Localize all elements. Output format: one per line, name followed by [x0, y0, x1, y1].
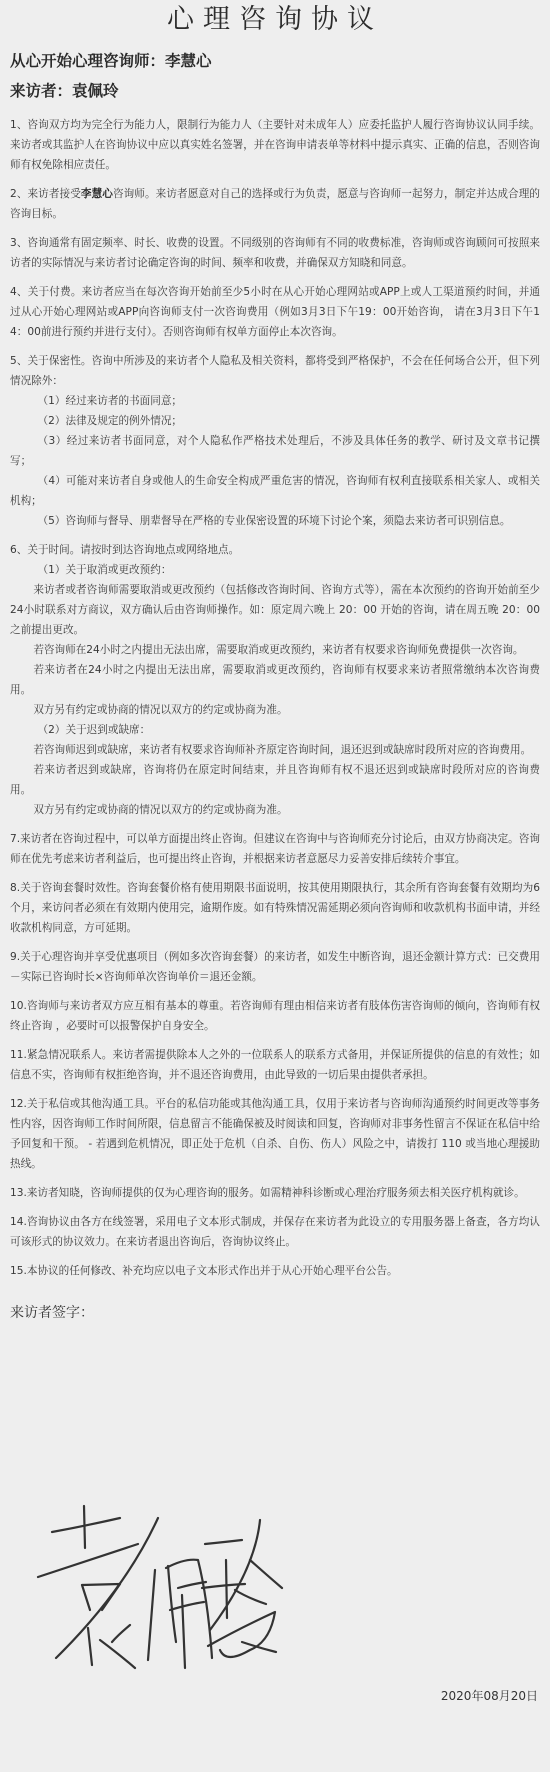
clause-11: 11.紧急情况联系人。来访者需提供除本人之外的一位联系人的联系方式备用，并保证所… [10, 1045, 540, 1085]
counselor-line: 从心开始心理咨询师：李慧心 [10, 51, 540, 71]
clause-list: 1、咨询双方均为完全行为能力人，限制行为能力人（主要针对未成年人）应委托监护人履… [10, 115, 540, 1281]
clause-6-sub1-para: 若来访者在24小时之内提出无法出席，需要取消或更改预约，咨询师有权要求来访者照常… [10, 660, 540, 700]
clause-5-item: （4）可能对来访者自身或他人的生命安全构成严重危害的情况，咨询师有权利直接联系相… [10, 471, 540, 511]
clause-7: 7.来访者在咨询过程中，可以单方面提出终止咨询。但建议在咨询中与咨询师充分讨论后… [10, 829, 540, 869]
clause-6-intro: 6、关于时间。请按时到达咨询地点或网络地点。 [10, 540, 540, 560]
clause-6: 6、关于时间。请按时到达咨询地点或网络地点。 （1）关于取消或更改预约： 来访者… [10, 540, 540, 820]
clause-2: 2、来访者接受李慧心咨询师。来访者愿意对自己的选择或行为负责，愿意与咨询师一起努… [10, 184, 540, 224]
clause-4: 4、关于付费。来访者应当在每次咨询开始前至少5小时在从心开始心理网站或APP上或… [10, 282, 540, 342]
page-title: 心理咨询协议 [10, 0, 540, 42]
client-line: 来访者：袁佩玲 [10, 81, 540, 101]
clause-6-sub1-para: 若咨询师在24小时之内提出无法出席，需要取消或更改预约，来访者有权要求咨询师免费… [10, 640, 540, 660]
clause-6-sub1-title: （1）关于取消或更改预约： [10, 560, 540, 580]
clause-13: 13.来访者知晓，咨询师提供的仅为心理咨询的服务。如需精神科诊断或心理治疗服务须… [10, 1183, 540, 1203]
clause-5-item: （5）咨询师与督导、朋辈督导在严格的专业保密设置的环境下讨论个案，须隐去来访者可… [10, 511, 540, 531]
clause-5-item: （3）经过来访者书面同意，对个人隐私作严格技术处理后，不涉及具体任务的教学、研讨… [10, 431, 540, 471]
clause-6-sub2-para: 若来访者迟到或缺席，咨询将仍在原定时间结束，并且咨询师有权不退还迟到或缺席时段所… [10, 760, 540, 800]
clause-10: 10.咨询师与来访者双方应互相有基本的尊重。若咨询师有理由相信来访者有肢体伤害咨… [10, 996, 540, 1036]
clause-6-sub1-para: 双方另有约定或协商的情况以双方的约定或协商为准。 [10, 700, 540, 720]
clause-15: 15.本协议的任何修改、补充均应以电子文本形式作出并于从心开始心理平台公告。 [10, 1261, 540, 1281]
clause-5-item: （1）经过来访者的书面同意； [10, 391, 540, 411]
clause-6-sub2-title: （2）关于迟到或缺席： [10, 720, 540, 740]
handwritten-signature [30, 1500, 290, 1680]
clause-6-sub1-para: 来访者或者咨询师需要取消或更改预约（包括修改咨询时间、咨询方式等），需在本次预约… [10, 580, 540, 640]
agreement-document: 心理咨询协议 从心开始心理咨询师：李慧心 来访者：袁佩玲 1、咨询双方均为完全行… [0, 0, 550, 1323]
clause-8: 8.关于咨询套餐时效性。咨询套餐价格有使用期限书面说明，按其使用期限执行，其余所… [10, 878, 540, 938]
clause-5-item: （2）法律及规定的例外情况； [10, 411, 540, 431]
clause-14: 14.咨询协议由各方在线签署，采用电子文本形式制成，并保存在来访者为此设立的专用… [10, 1212, 540, 1252]
clause-1: 1、咨询双方均为完全行为能力人，限制行为能力人（主要针对未成年人）应委托监护人履… [10, 115, 540, 175]
clause-9: 9.关于心理咨询并享受优惠项目（例如多次咨询套餐）的来访者，如发生中断咨询，退还… [10, 947, 540, 987]
signing-date: 2020年08月20日 [441, 1687, 538, 1704]
clause-12: 12.关于私信或其他沟通工具。平台的私信功能或其他沟通工具，仅用于来访者与咨询师… [10, 1094, 540, 1174]
clause-5: 5、关于保密性。咨询中所涉及的来访者个人隐私及相关资料，都将受到严格保护，不会在… [10, 351, 540, 531]
clause-5-intro: 5、关于保密性。咨询中所涉及的来访者个人隐私及相关资料，都将受到严格保护，不会在… [10, 351, 540, 391]
clause-6-sub2-para: 若咨询师迟到或缺席，来访者有权要求咨询师补齐原定咨询时间，退还迟到或缺席时段所对… [10, 740, 540, 760]
counselor-name-emphasis: 李慧心 [81, 188, 113, 200]
clause-2-prefix: 2、来访者接受 [10, 188, 81, 200]
signature-label: 来访者签字： [10, 1303, 540, 1323]
clause-3: 3、咨询通常有固定频率、时长、收费的设置。不同级别的咨询师有不同的收费标准，咨询… [10, 233, 540, 273]
clause-6-sub2-para: 双方另有约定或协商的情况以双方的约定或协商为准。 [10, 800, 540, 820]
